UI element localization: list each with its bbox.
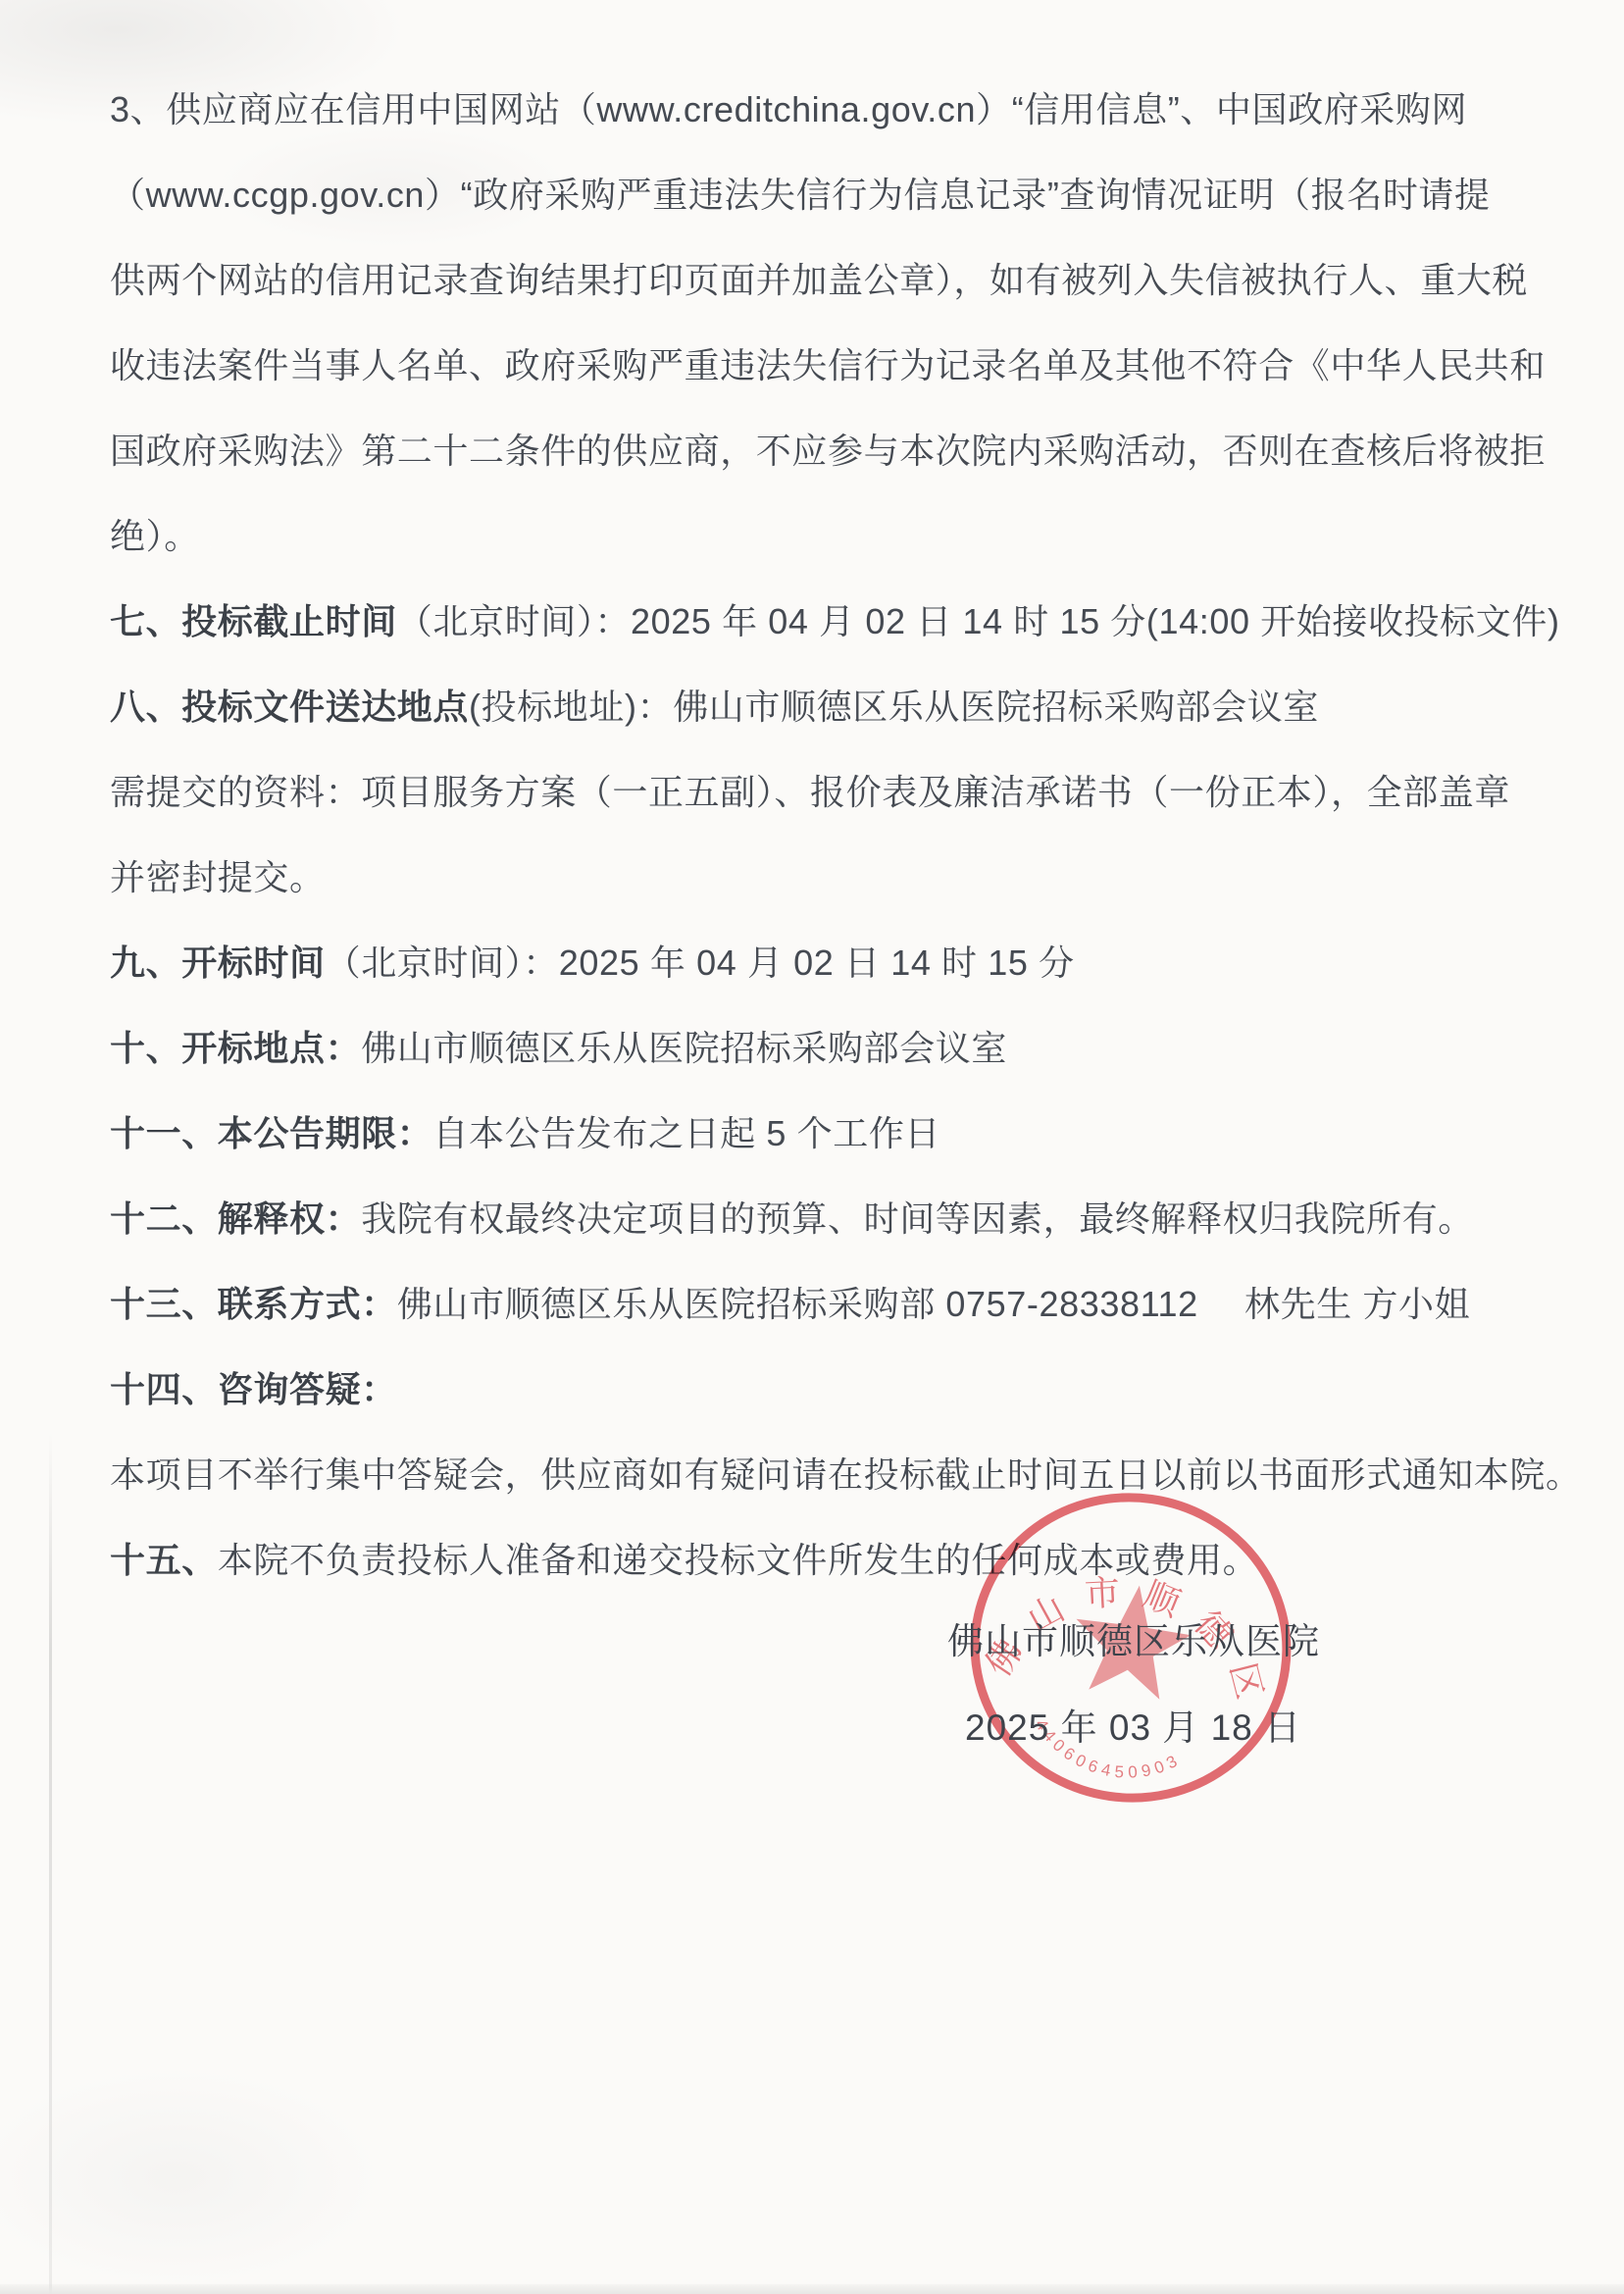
section-heading-segment: 十、开标地点： bbox=[110, 1021, 361, 1071]
signature-organization: 佛山市顺德区乐从医院 bbox=[947, 1620, 1320, 1663]
text-segment: 3、供应商应在信用中国网站（www.creditchina.gov.cn）“信用… bbox=[110, 82, 1467, 132]
signature-date: 2025 年 03 月 18 日 bbox=[965, 1707, 1301, 1750]
text-line: 绝）。 bbox=[110, 491, 1510, 577]
text-segment: 国政府采购法》第二十二条件的供应商，不应参与本次院内采购活动，否则在查核后将被拒 bbox=[110, 424, 1546, 474]
seal-ring-text-holder: 佛山市顺德区乐从医院 bbox=[943, 1464, 1308, 1727]
section-heading-segment: 十一、本公告期限： bbox=[110, 1106, 432, 1156]
seal-ring-text: 佛山市顺德区乐从医院 bbox=[943, 1464, 1308, 1727]
section-heading-segment: 十三、联系方式： bbox=[110, 1277, 397, 1327]
text-line: 十三、联系方式：佛山市顺德区乐从医院招标采购部 0757-28338112 林先… bbox=[110, 1259, 1510, 1345]
text-line: 本项目不举行集中答疑会，供应商如有疑问请在投标截止时间五日以前以书面形式通知本院… bbox=[110, 1430, 1510, 1515]
text-line: 3、供应商应在信用中国网站（www.creditchina.gov.cn）“信用… bbox=[110, 65, 1510, 150]
text-segment: 收违法案件当事人名单、政府采购严重违法失信行为记录名单及其他不符合《中华人民共和 bbox=[110, 338, 1546, 388]
text-segment: （www.ccgp.gov.cn）“政府采购严重违法失信行为信息记录”查询情况证… bbox=[110, 168, 1491, 218]
text-line: 十四、咨询答疑： bbox=[110, 1345, 1510, 1430]
text-line: 九、开标时间（北京时间）：2025 年 04 月 02 日 14 时 15 分 bbox=[110, 918, 1510, 1003]
section-heading-segment: 九、开标时间 bbox=[110, 936, 326, 986]
text-segment: (投标地址)：佛山市顺德区乐从医院招标采购部会议室 bbox=[469, 680, 1319, 730]
section-heading-segment: 八、投标文件送达地点 bbox=[110, 680, 469, 730]
document-body: 3、供应商应在信用中国网站（www.creditchina.gov.cn）“信用… bbox=[0, 0, 1624, 1601]
text-segment: （北京时间）：2025 年 04 月 02 日 14 时 15 分 bbox=[326, 936, 1075, 986]
text-segment: 需提交的资料：项目服务方案（一正五副）、报价表及廉洁承诺书（一份正本），全部盖章 bbox=[110, 765, 1510, 815]
text-segment: 佛山市顺德区乐从医院招标采购部会议室 bbox=[361, 1021, 1007, 1071]
scanned-document-page: 3、供应商应在信用中国网站（www.creditchina.gov.cn）“信用… bbox=[0, 0, 1624, 2294]
text-line: 并密封提交。 bbox=[110, 833, 1510, 918]
text-segment: 绝）。 bbox=[110, 509, 200, 559]
text-segment: 供两个网站的信用记录查询结果打印页面并加盖公章），如有被列入失信被执行人、重大税 bbox=[110, 253, 1528, 303]
text-line: 收违法案件当事人名单、政府采购严重违法失信行为记录名单及其他不符合《中华人民共和 bbox=[110, 321, 1510, 406]
text-line: 国政府采购法》第二十二条件的供应商，不应参与本次院内采购活动，否则在查核后将被拒 bbox=[110, 406, 1510, 491]
text-segment: 佛山市顺德区乐从医院招标采购部 0757-28338112 林先生 方小姐 bbox=[397, 1277, 1470, 1327]
text-segment: （北京时间）：2025 年 04 月 02 日 14 时 15 分(14:00 … bbox=[397, 594, 1560, 644]
text-line: 七、投标截止时间（北京时间）：2025 年 04 月 02 日 14 时 15 … bbox=[110, 577, 1510, 662]
text-segment: 我院有权最终决定项目的预算、时间等因素，最终解释权归我院所有。 bbox=[361, 1192, 1474, 1242]
section-heading-segment: 十四、咨询答疑： bbox=[110, 1362, 397, 1412]
text-segment: 本项目不举行集中答疑会，供应商如有疑问请在投标截止时间五日以前以书面形式通知本院… bbox=[110, 1448, 1582, 1498]
section-heading-segment: 十二、解释权： bbox=[110, 1192, 361, 1242]
text-segment: 自本公告发布之日起 5 个工作日 bbox=[432, 1106, 940, 1156]
section-heading-segment: 七、投标截止时间 bbox=[110, 594, 397, 644]
text-line: 八、投标文件送达地点(投标地址)：佛山市顺德区乐从医院招标采购部会议室 bbox=[110, 662, 1510, 747]
text-line: 供两个网站的信用记录查询结果打印页面并加盖公章），如有被列入失信被执行人、重大税 bbox=[110, 235, 1510, 321]
text-line: （www.ccgp.gov.cn）“政府采购严重违法失信行为信息记录”查询情况证… bbox=[110, 150, 1510, 235]
text-segment: 并密封提交。 bbox=[110, 850, 326, 900]
section-heading-segment: 十五、 bbox=[110, 1533, 218, 1583]
text-line: 十二、解释权：我院有权最终决定项目的预算、时间等因素，最终解释权归我院所有。 bbox=[110, 1174, 1510, 1259]
text-line: 十、开标地点：佛山市顺德区乐从医院招标采购部会议室 bbox=[110, 1003, 1510, 1089]
text-line: 需提交的资料：项目服务方案（一正五副）、报价表及廉洁承诺书（一份正本），全部盖章 bbox=[110, 747, 1510, 833]
text-line: 十一、本公告期限：自本公告发布之日起 5 个工作日 bbox=[110, 1089, 1510, 1174]
scan-artifact-bottom-shadow bbox=[0, 2284, 1624, 2294]
